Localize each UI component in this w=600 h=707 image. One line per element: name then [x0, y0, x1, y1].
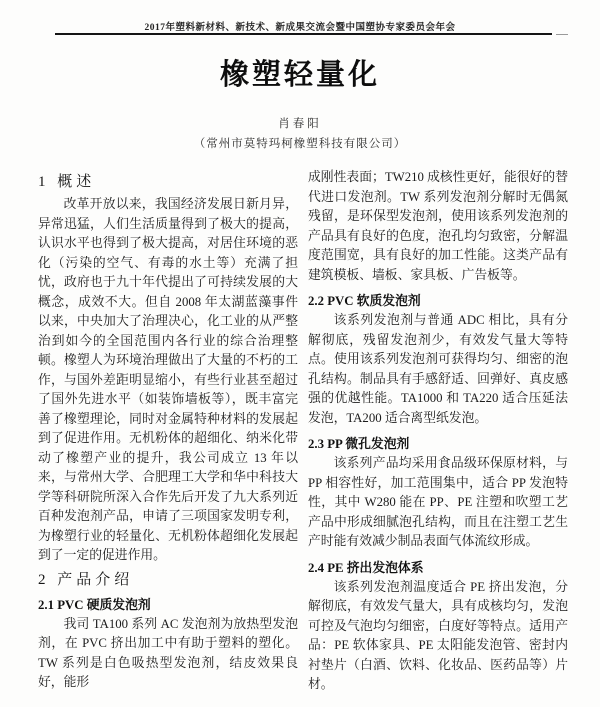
section-1-paragraph: 改革开放以来，我国经济发展日新月异，异常迅猛，人们生活质量得到了极大的提高，认识…	[38, 195, 298, 566]
section-2-1-heading: 2.1 PVC 硬质发泡剂	[38, 594, 298, 613]
section-2-2-heading: 2.2 PVC 软质发泡剂	[308, 290, 568, 309]
header-rule-tick	[556, 34, 568, 35]
section-1-heading: 1 概述	[38, 170, 298, 191]
section-2-4-paragraph: 该系列发泡剂温度适合 PE 挤出发泡，分解彻底，有效发气量大，具有成核均匀，发泡…	[308, 578, 568, 695]
header-rule	[55, 33, 552, 35]
author-affiliation: （常州市莫特玛柯橡塑科技有限公司）	[0, 135, 600, 151]
body-columns: 1 概述 改革开放以来，我国经济发展日新月异，异常迅猛，人们生活质量得到了极大的…	[38, 168, 568, 696]
section-2-2-paragraph: 该系列发泡剂与普通 ADC 相比，具有分解彻底，残留发泡剂少，有效发气量大等特点…	[308, 311, 568, 428]
section-2-1-paragraph-left: 我司 TA100 系列 AC 发泡剂为放热型发泡剂，在 PVC 挤出加工中有助于…	[38, 615, 298, 693]
paper-page: 2017年塑料新材料、新技术、新成果交流会暨中国塑协专家委员会年会 橡塑轻量化 …	[0, 0, 600, 707]
right-column: 成刚性表面；TW210 成核性更好，能很好的替代进口发泡剂。TW 系列发泡剂分解…	[308, 168, 568, 696]
conference-header: 2017年塑料新材料、新技术、新成果交流会暨中国塑协专家委员会年会	[0, 19, 600, 33]
author-name: 肖春阳	[0, 115, 600, 131]
section-2-4-heading: 2.4 PE 挤出发泡体系	[308, 557, 568, 576]
left-column: 1 概述 改革开放以来，我国经济发展日新月异，异常迅猛，人们生活质量得到了极大的…	[38, 168, 298, 696]
section-2-1-paragraph-continued: 成刚性表面；TW210 成核性更好，能很好的替代进口发泡剂。TW 系列发泡剂分解…	[308, 168, 568, 285]
section-2-3-paragraph: 该系列产品均采用食品级环保原材料，与 PP 相容性好，加工范围集中，适合 PP …	[308, 454, 568, 552]
section-2-heading: 2 产品介绍	[38, 568, 298, 589]
section-2-3-heading: 2.3 PP 微孔发泡剂	[308, 433, 568, 452]
paper-title: 橡塑轻量化	[0, 52, 600, 93]
